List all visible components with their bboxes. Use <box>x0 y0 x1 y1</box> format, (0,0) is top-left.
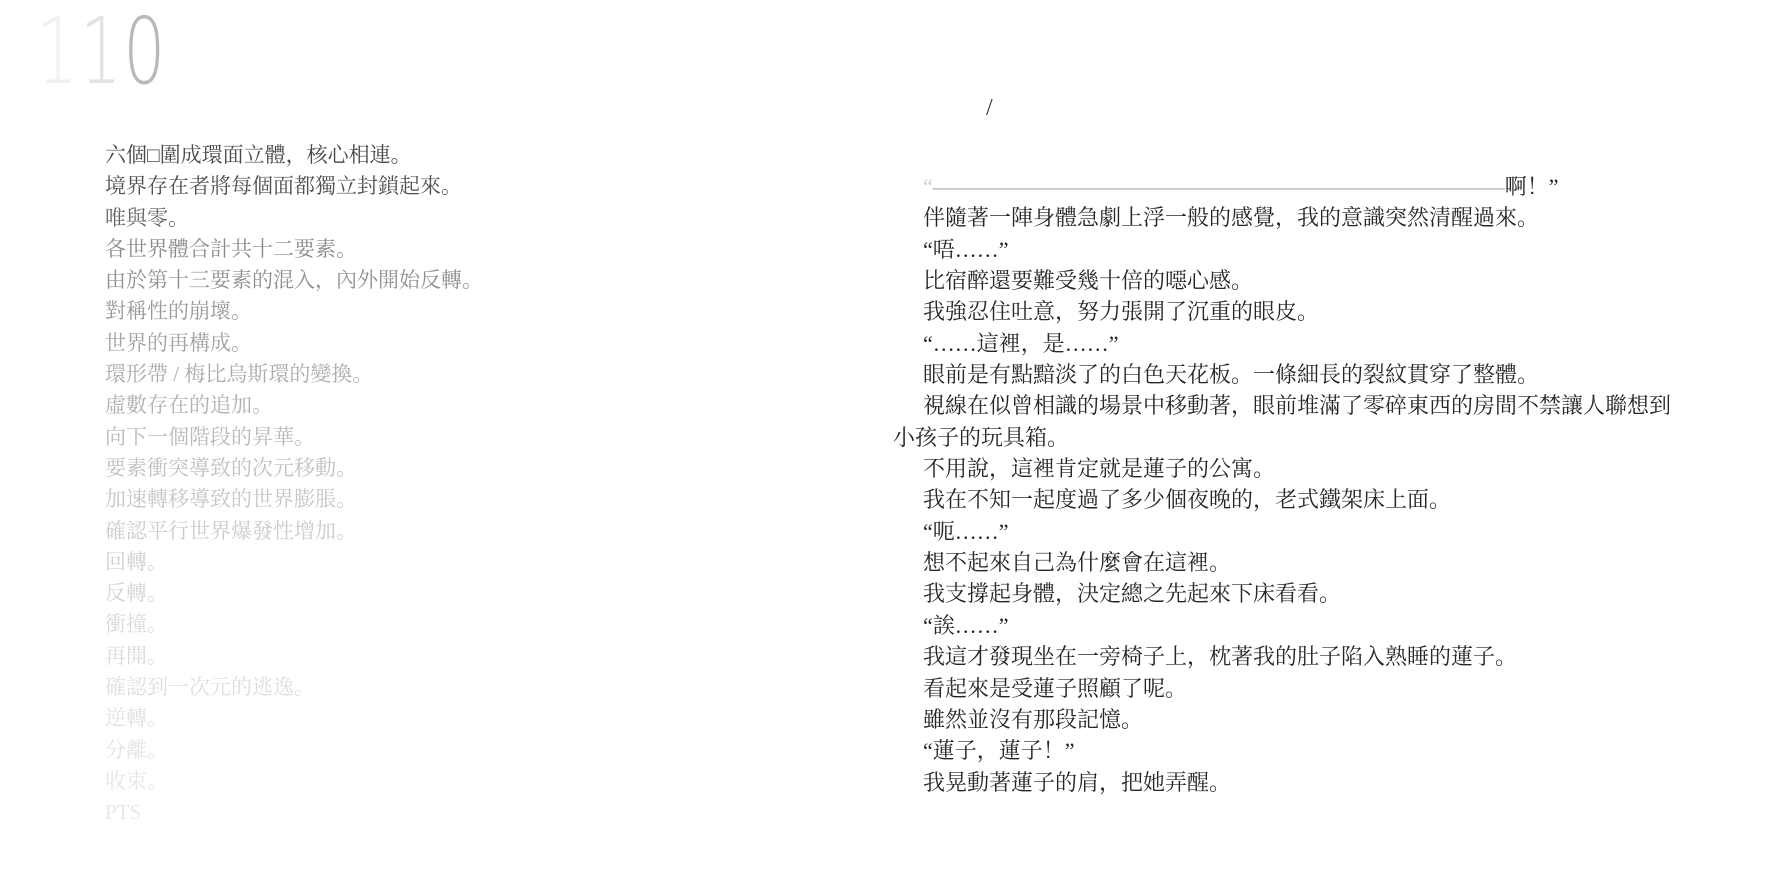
page-number-digit: 0 <box>123 0 167 105</box>
left-page-text: 六個□圍成環面立體，核心相連。 境界存在者將每個面都獨立封鎖起來。 唯與零。 各… <box>105 140 665 829</box>
story-line: “誒……” <box>893 610 1765 641</box>
story-line: 視線在似曾相識的場景中移動著，眼前堆滿了零碎東西的房間不禁讓人聯想到 <box>893 390 1765 421</box>
fade-text-line: 確認平行世界爆發性增加。 <box>105 516 665 547</box>
page-number-digit: 1 <box>36 0 80 105</box>
fade-text-line: 虛數存在的追加。 <box>105 390 665 421</box>
story-line: “唔……” <box>893 234 1765 265</box>
story-line: “……這裡，是……” <box>893 328 1765 359</box>
scream-open-quote: “ <box>923 174 933 199</box>
scream-dashes: —————————————————————————— <box>933 174 1505 199</box>
scream-line: “——————————————————————————啊！” <box>893 171 1765 202</box>
scream-tail: 啊！” <box>1505 174 1559 199</box>
story-line: “蓮子，蓮子！” <box>893 735 1765 766</box>
story-line: 我支撐起身體，決定總之先起來下床看看。 <box>893 578 1765 609</box>
fade-text-line: 衝撞。 <box>105 609 665 640</box>
fade-text-line: 回轉。 <box>105 547 665 578</box>
right-page-text: “——————————————————————————啊！” 伴隨著一陣身體急劇… <box>893 171 1765 798</box>
fade-text-line: 由於第十三要素的混入，內外開始反轉。 <box>105 265 665 296</box>
fade-text-line: 收束。 <box>105 766 665 797</box>
fade-text-line: 向下一個階段的昇華。 <box>105 422 665 453</box>
fade-text-line: 加速轉移導致的世界膨脹。 <box>105 484 665 515</box>
fade-text-line: 再開。 <box>105 641 665 672</box>
story-line: 想不起來自己為什麼會在這裡。 <box>893 547 1765 578</box>
story-line-continuation: 小孩子的玩具箱。 <box>893 422 1765 453</box>
fade-text-line: 境界存在者將每個面都獨立封鎖起來。 <box>105 171 665 202</box>
story-line: 雖然並沒有那段記憶。 <box>893 704 1765 735</box>
story-line: 我強忍住吐意，努力張開了沉重的眼皮。 <box>893 296 1765 327</box>
story-line: 眼前是有點黯淡了的白色天花板。一條細長的裂紋貫穿了整體。 <box>893 359 1765 390</box>
fade-text-line: 唯與零。 <box>105 203 665 234</box>
fade-text-line: 要素衝突導致的次元移動。 <box>105 453 665 484</box>
story-line: 伴隨著一陣身體急劇上浮一般的感覺，我的意識突然清醒過來。 <box>893 202 1765 233</box>
story-line: “呃……” <box>893 516 1765 547</box>
page-number-digit: 1 <box>80 0 124 105</box>
section-marker-slash: / <box>986 96 993 120</box>
fade-text-line: 反轉。 <box>105 578 665 609</box>
story-line: 不用說，這裡肯定就是蓮子的公寓。 <box>893 453 1765 484</box>
fade-text-line: 對稱性的崩壞。 <box>105 296 665 327</box>
story-line: 比宿醉還要難受幾十倍的噁心感。 <box>893 265 1765 296</box>
fade-text-line: 環形帶 / 梅比烏斯環的變換。 <box>105 359 665 390</box>
story-line: 我這才發現坐在一旁椅子上，枕著我的肚子陷入熟睡的蓮子。 <box>893 641 1765 672</box>
fade-text-line: 分離。 <box>105 735 665 766</box>
page-number: 110 <box>36 6 167 98</box>
fade-text-line: PTS <box>105 797 665 828</box>
fade-text-line: 六個□圍成環面立體，核心相連。 <box>105 140 665 171</box>
fade-text-line: 各世界體合計共十二要素。 <box>105 234 665 265</box>
fade-text-line: 逆轉。 <box>105 703 665 734</box>
story-line: 我在不知一起度過了多少個夜晚的，老式鐵架床上面。 <box>893 484 1765 515</box>
fade-text-line: 確認到一次元的逃逸。 <box>105 672 665 703</box>
story-line: 看起來是受蓮子照顧了呢。 <box>893 673 1765 704</box>
story-line: 我晃動著蓮子的肩，把她弄醒。 <box>893 767 1765 798</box>
fade-text-line: 世界的再構成。 <box>105 328 665 359</box>
